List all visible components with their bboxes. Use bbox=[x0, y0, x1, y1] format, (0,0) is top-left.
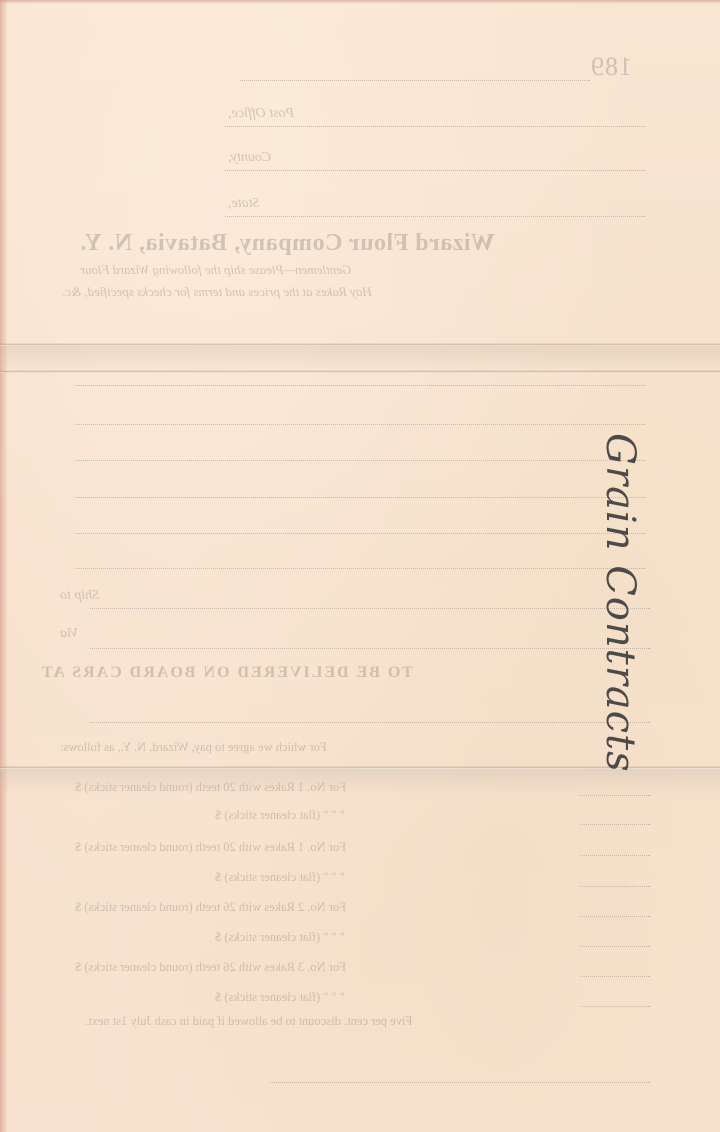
discount-footer: Five per cent. discount to be allowed if… bbox=[85, 1014, 412, 1029]
document-page: 189 Post Office, County, State, Wizard F… bbox=[0, 0, 720, 1132]
fold-shadow bbox=[0, 769, 720, 795]
amount-line bbox=[580, 886, 650, 887]
delivery-heading: TO BE DELIVERED ON BOARD CARS AT bbox=[40, 664, 413, 682]
amount-line bbox=[580, 824, 650, 825]
field-label-state: State, bbox=[228, 196, 260, 212]
order-line bbox=[75, 460, 645, 461]
year-prefix: 189 bbox=[590, 52, 632, 82]
state-line bbox=[225, 216, 645, 217]
intro-line-1: Gentlemen—Please ship the following Wiza… bbox=[80, 262, 351, 278]
order-line bbox=[75, 497, 645, 498]
field-label-via: Via bbox=[60, 626, 78, 642]
via-line bbox=[90, 648, 650, 649]
amount-line bbox=[580, 855, 650, 856]
field-label-ship-to: Ship to bbox=[60, 588, 99, 604]
signature-line bbox=[270, 1082, 650, 1083]
order-line bbox=[75, 385, 645, 386]
amount-line bbox=[580, 1006, 650, 1007]
company-name: Wizard Flour Company, Batavia, N. Y. bbox=[80, 230, 495, 257]
price-row: " " " (flat cleaner sticks) $ bbox=[215, 870, 345, 885]
handwritten-annotation: Grain Contracts bbox=[597, 433, 643, 763]
post-office-line bbox=[225, 126, 645, 127]
order-line bbox=[75, 533, 645, 534]
field-label-county: County, bbox=[228, 150, 271, 166]
county-line bbox=[225, 170, 645, 171]
ship-to-line bbox=[90, 608, 650, 609]
price-row: " " " (flat cleaner sticks) $ bbox=[215, 930, 345, 945]
price-row: For No. 3 Rakes with 26 teeth (round cle… bbox=[75, 960, 346, 975]
price-row: " " " (flat cleaner sticks) $ bbox=[215, 808, 345, 823]
order-line bbox=[75, 424, 645, 425]
amount-line bbox=[580, 916, 650, 917]
order-line bbox=[75, 568, 645, 569]
paper-fold bbox=[0, 370, 720, 373]
price-row: For No. 2 Rakes with 26 teeth (round cle… bbox=[75, 900, 346, 915]
intro-line-2: Hay Rakes at the prices and terms for ch… bbox=[62, 284, 372, 300]
date-line bbox=[240, 80, 590, 81]
price-row: For No. 1 Rakes with 20 teeth (round cle… bbox=[75, 840, 346, 855]
delivery-line bbox=[90, 722, 650, 723]
amount-line bbox=[580, 946, 650, 947]
amount-line bbox=[580, 795, 650, 796]
price-row: " " " (flat cleaner sticks) $ bbox=[215, 990, 345, 1005]
terms-line: For which we agree to pay, Wizard, N. Y.… bbox=[60, 740, 327, 755]
field-label-post-office: Post Office, bbox=[228, 106, 294, 122]
fold-shadow bbox=[0, 346, 720, 372]
amount-line bbox=[580, 976, 650, 977]
